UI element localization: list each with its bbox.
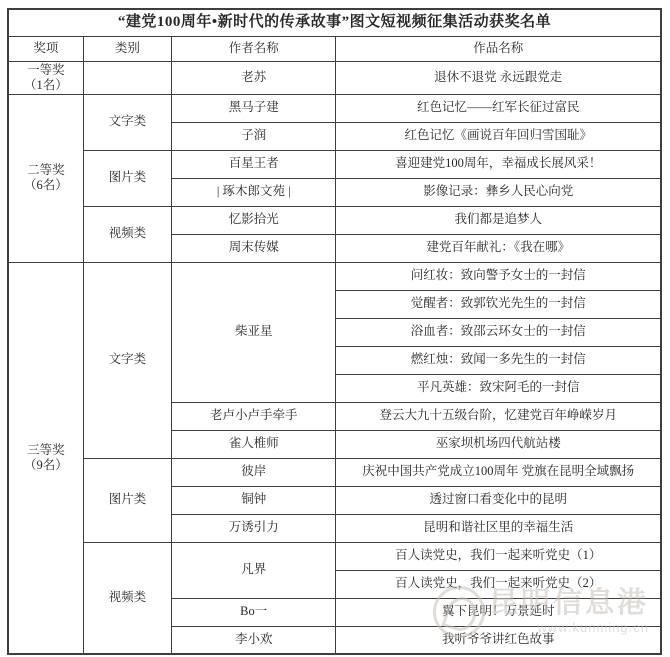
work-cell: 我听爷爷讲红色故事 <box>336 626 661 654</box>
author-cell: 雀人椎师 <box>171 430 335 458</box>
work-cell: 红色记忆——红军长征过富民 <box>336 94 661 122</box>
work-cell: 庆祝中国共产党成立100周年 党旗在昆明全域飘扬 <box>336 458 661 486</box>
award-table: “建党100周年•新时代的传承故事”图文短视频征集活动获奖名单 奖项 类别 作者… <box>7 8 662 655</box>
category-cell-video: 视频类 <box>83 206 171 262</box>
work-cell: 百人读党史，我们一起来听党史（1） <box>336 542 661 570</box>
author-cell: 老卢小卢手牵手 <box>171 402 335 430</box>
work-cell: 透过窗口看变化中的昆明 <box>336 486 661 514</box>
author-cell: 柴亚星 <box>171 262 335 402</box>
work-cell: 觉醒者：致郭钦光先生的一封信 <box>336 290 661 318</box>
author-cell: 铜钟 <box>171 486 335 514</box>
table-row: 三等奖 （9名） 文字类 柴亚星 问红妆：致向警予女士的一封信 <box>8 262 661 290</box>
author-cell: 李小欢 <box>171 626 335 654</box>
table-row: 图片类 彼岸 庆祝中国共产党成立100周年 党旗在昆明全域飘扬 <box>8 458 661 486</box>
table-row: 一等奖 （1名） 老苏 退休不退党 永远跟党走 <box>8 61 661 94</box>
work-cell: 影像记录：彝乡人民心向党 <box>336 178 661 206</box>
work-cell: 百人读党史，我们一起来听党史（2） <box>336 570 661 598</box>
col-header-author: 作者名称 <box>171 36 335 61</box>
author-cell: 万诱引力 <box>171 514 335 542</box>
category-cell-text: 文字类 <box>83 94 171 150</box>
award-cell-first-prize: 一等奖 （1名） <box>8 61 83 94</box>
work-cell: 浴血者：致邵云环女士的一封信 <box>336 318 661 346</box>
work-cell: 我们都是追梦人 <box>336 206 661 234</box>
author-cell: 周末传媒 <box>171 234 335 262</box>
work-cell: 红色记忆《画说百年回归雪国耻》 <box>336 122 661 150</box>
author-cell: 忆影拾光 <box>171 206 335 234</box>
work-cell: 退休不退党 永远跟党走 <box>336 61 661 94</box>
category-cell-video: 视频类 <box>83 542 171 654</box>
category-cell-text: 文字类 <box>83 262 171 458</box>
col-header-work: 作品名称 <box>336 36 661 61</box>
work-cell: 问红妆：致向警予女士的一封信 <box>336 262 661 290</box>
work-cell: 平凡英雄：致宋阿毛的一封信 <box>336 374 661 402</box>
author-cell: Bo一 <box>171 598 335 626</box>
award-cell-third-prize: 三等奖 （9名） <box>8 262 83 654</box>
award-cell-second-prize: 二等奖 （6名） <box>8 94 83 262</box>
author-cell: 百星王者 <box>171 150 335 178</box>
author-cell: 彼岸 <box>171 458 335 486</box>
work-cell: 登云大九十五级台阶，忆建党百年峥嵘岁月 <box>336 402 661 430</box>
table-row: 视频类 忆影拾光 我们都是追梦人 <box>8 206 661 234</box>
work-cell: 燃红烛：致闻一多先生的一封信 <box>336 346 661 374</box>
category-cell-picture: 图片类 <box>83 150 171 206</box>
table-row: 图片类 百星王者 喜迎建党100周年，幸福成长展风采！ <box>8 150 661 178</box>
award-list-sheet: “建党100周年•新时代的传承故事”图文短视频征集活动获奖名单 奖项 类别 作者… <box>0 0 670 657</box>
col-header-award: 奖项 <box>8 36 83 61</box>
table-title: “建党100周年•新时代的传承故事”图文短视频征集活动获奖名单 <box>8 9 661 36</box>
author-cell: | 琢木郎文苑 | <box>171 178 335 206</box>
work-cell: 昆明和谐社区里的幸福生活 <box>336 514 661 542</box>
col-header-category: 类别 <box>83 36 171 61</box>
category-cell <box>83 61 171 94</box>
author-cell: 老苏 <box>171 61 335 94</box>
work-cell: 翼下昆明！万景延时 <box>336 598 661 626</box>
author-cell: 黑马子建 <box>171 94 335 122</box>
table-row: 视频类 凡界 百人读党史，我们一起来听党史（1） <box>8 542 661 570</box>
work-cell: 喜迎建党100周年，幸福成长展风采！ <box>336 150 661 178</box>
table-row: 二等奖 （6名） 文字类 黑马子建 红色记忆——红军长征过富民 <box>8 94 661 122</box>
work-cell: 建党百年献礼：《我在哪》 <box>336 234 661 262</box>
author-cell: 凡界 <box>171 542 335 598</box>
category-cell-picture: 图片类 <box>83 458 171 542</box>
author-cell: 子润 <box>171 122 335 150</box>
work-cell: 巫家坝机场四代航站楼 <box>336 430 661 458</box>
